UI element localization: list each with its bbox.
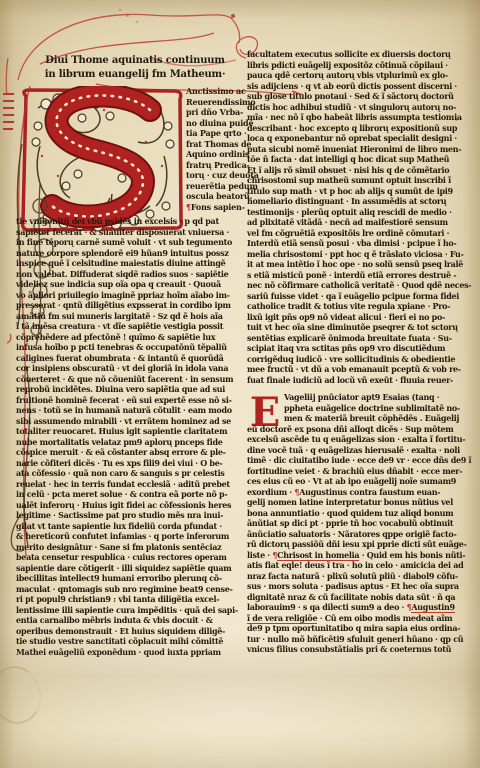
text-line: frat Thomas de: [186, 139, 250, 150]
text-line: sis adijciens · q vt ab eorũ dictis poss…: [247, 81, 473, 92]
text-line: cõprehẽdere ad pfectõnẽ ! quĩmo & sapiẽt…: [16, 332, 248, 343]
text-line: testimonijs · plerũq optuit aliq rescidi…: [247, 207, 473, 218]
text-line: timẽ · dic ciuitatibo iude · ecce de9 vr…: [247, 455, 473, 466]
text-line: liste · ¶Chrisost in homelia · Quid em h…: [247, 550, 473, 561]
text-line: beata censetur respublica · cuius rector…: [16, 552, 248, 563]
text-line: torų · cuz deuota: [186, 170, 250, 181]
text-line: sapiẽter fecerat · & suauiter disposuera…: [16, 227, 248, 238]
text-line: atis fiat eqle! deus ĩ tra · ho in celo …: [247, 560, 473, 571]
text-line: entia carnalibo mẽbris induta & vbis doc…: [16, 615, 248, 626]
text-line: mee fructũ · vt dũ a vob emanauit pceptũ…: [247, 364, 473, 375]
text-line: ualẽt inferorų · Huius igit fidei ac cõf…: [16, 500, 248, 511]
text-line: ces eius cũ eo · Vt at ab ipo euãgelij n…: [247, 476, 473, 487]
text-line: vo ãpliori priuilegio imaginẽ ppriaz hoĩ…: [16, 290, 248, 301]
text-line: exordium · ¶Augustinus contra faustum eu…: [247, 487, 473, 498]
foxing-spot: [126, 14, 129, 17]
text-line: no diuina puidẽ: [186, 118, 250, 129]
text-line: gilat vt tante sapientie lux fideliũ cor…: [16, 521, 248, 532]
text-line: ¶Fons sapien-: [186, 202, 250, 213]
text-line: describant · hoc excepto q librorų expos…: [247, 123, 473, 134]
text-line: Anctissimo ac: [186, 86, 250, 97]
text-line: & hereticorũ confutet infamias · q porte…: [16, 531, 248, 542]
text-line: vnicus filius consubstãtialis pri & coet…: [247, 644, 473, 655]
foxing-spot: [119, 9, 121, 11]
text-line: sapientie dare cõtigerit · illi siquidez…: [16, 563, 248, 574]
text-line: fruitionẽ hominẽ fecerat · eũ sui expert…: [16, 395, 248, 406]
text-line: oscula beatorũ.: [186, 191, 250, 202]
text-line: ãnũtiat sp dici pt · pprie tñ hoc vocabu…: [247, 518, 473, 529]
text-line: tõe ñ facta · dat intelligi q hoc dicat …: [247, 154, 473, 165]
text-line: reuerẽtia pedum: [186, 181, 250, 192]
text-line: Vageliĳ pnũciator apt9 Esaias (tanq ·: [247, 392, 473, 403]
text-line: sus · mors soluta · padisus aptus · Et h…: [247, 581, 473, 592]
text-line: in fine tẽporų carnẽ sumẽ voluit · vt su…: [16, 237, 248, 248]
incipit-line-2: in librum euangelij fm Matheum·: [28, 68, 242, 82]
text-line: legitime · Sactissime pat pro studio mẽs…: [16, 510, 248, 521]
text-line: lentissime illi sapientie cura impẽditis…: [16, 605, 248, 616]
text-line: ri pt popul9 christian9 : vbi tanta dili…: [16, 594, 248, 605]
text-line: maculat · qntomagis sub nro regimine bea…: [16, 584, 248, 595]
text-line: dictis hoc adhibui studiũ · vt singulorų…: [247, 102, 473, 113]
text-line: it at mea intẽtio ĩ hoc ope · no solũ se…: [247, 259, 473, 270]
pilcrow-mark: ¶: [186, 202, 191, 212]
text-line: titulo sup math · vt p hoc ab alijs q su…: [247, 186, 473, 197]
text-line: excelsũ ascẽde tu q euãgelizas sion · ex…: [247, 434, 473, 445]
text-line: totaliter reuocaret. Huius igit sapienti…: [16, 426, 248, 437]
text-line: men & materiã breuit cõphẽdẽs . Euãgelij: [247, 413, 473, 424]
text-line: puta sicubi nomẽ inueniat Hieronimi de l…: [247, 144, 473, 155]
text-line: Aquino ordinis: [186, 149, 250, 160]
rubricated-citation: Augustin9: [411, 602, 454, 613]
text-line: ata cõfessio · quã non caro & sanguis s …: [16, 468, 248, 479]
text-line: nube mortalitatis velataz pm9 aplorų pnc…: [16, 437, 248, 448]
text-line: sariũ fuisse videt · qa ĩ euãgelio pcipu…: [247, 291, 473, 302]
right-column-text-wrap: Vageliĳ pnũciator apt9 Esaias (tanq ·pph…: [247, 392, 473, 424]
text-line: nraz facta naturã · plixũ solutũ pliũ · …: [247, 571, 473, 582]
text-line: scipiat itaq vra sctitas pñs op9 vro dis…: [247, 343, 473, 354]
text-line: laborauim9 · s qa dilecti sum9 a deo · ¶…: [247, 602, 473, 613]
text-line: facultatem executus sollicite ex diuersi…: [247, 49, 473, 60]
water-stain: [0, 661, 46, 728]
text-line: fratrų Predica-: [186, 160, 250, 171]
text-line: Reuerendissimo: [186, 97, 250, 108]
text-line: libris pdicti euãgelij expositõz cõtinuã…: [247, 60, 473, 71]
text-line: tuit vt hec oĩa sine diminutõe pseqrer &…: [247, 322, 473, 333]
rubricated-citation: Chrisost in homelia: [277, 550, 359, 561]
flourish-dot: [231, 14, 235, 18]
text-line: nec nõ cõfirmare catholicã veritatẽ · Qu…: [247, 280, 473, 291]
text-line: tie vnigenitũ dei vbũ psidẽs in excelsis…: [16, 216, 248, 227]
manuscript-page: Diui Thome aquinatis continuum in librum…: [0, 0, 480, 768]
incipit-line-1: Diui Thome aquinatis continuum: [28, 54, 242, 68]
text-line: videlicz sue indicia sup oĩa opa q creau…: [16, 279, 248, 290]
text-line: cõuerteret · & que nõ cõueniũt facerent …: [16, 374, 248, 385]
text-line: dine vocẽ tuã · q euãgelizas hierusalẽ ·…: [247, 445, 473, 456]
right-column-text-bottom: eũ doctorẽ ex psona dñi alloqt dicẽs · S…: [247, 424, 473, 655]
text-line: infusa hoĩbo p pcti tenebras & occupatõn…: [16, 342, 248, 353]
text-line: melia chrisostomi · ppt hoc q ẽ trãslato…: [247, 249, 473, 260]
text-line: rũ dictorų passiõũ dñi iesu xpi pprie di…: [247, 539, 473, 550]
text-line: lixũ igit pñs op9 nõ videat alicui · fie…: [247, 312, 473, 323]
text-line: fuat finale iudiciũ ad locũ vñ exeũt · f…: [247, 375, 473, 386]
text-line: pauca qdẽ certorų autorų vbis vtplurimũ …: [247, 70, 473, 81]
text-line: caligines fuerat obumbrata · & intantũ ẽ…: [16, 353, 248, 364]
text-line: Mathei euãgeliũ exponẽdum · quod iuxta p…: [16, 647, 248, 658]
text-line: operibus demonstrauit · Et huius siquide…: [16, 626, 248, 637]
text-line: vel fm cõgruẽtiã expositõis lre ordinẽ c…: [247, 228, 473, 239]
text-line: Et ĩ alijs rõ simil obsuet · nisi his q …: [247, 165, 473, 176]
text-line: de9 p tpm oportunitatibo q mira sapia ei…: [247, 623, 473, 634]
text-line: mĩa · nec nõ ĩ qbo habeãt libris assumpt…: [247, 112, 473, 123]
text-line: ad plixitatẽ vitãdã · necñ ad maifestior…: [247, 217, 473, 228]
text-line: sub glose titulo pnotaui · Sed & ĩ sãcto…: [247, 91, 473, 102]
text-line: nens · totũ se in humanã naturã cõtulit …: [16, 405, 248, 416]
text-line: ppheta euãgelice doctrine sublimitatẽ no…: [247, 403, 473, 414]
text-line: corrigẽduq iudicõ · vre sollicitudinis &…: [247, 354, 473, 365]
text-line: fortitudine veiet · & brachiũ eius dñabi…: [247, 466, 473, 477]
text-line: bona annuntiatio · quod quidem tuz aliqd…: [247, 508, 473, 519]
text-line: nature corpore splendorẽ ei9 hũan9 intui…: [16, 248, 248, 259]
text-line: chrisostomi sup matheũ sumunt optuit ins…: [247, 175, 473, 186]
text-line: reuelat · hec in terris fundat ecclesiã …: [16, 479, 248, 490]
text-line: ĩ de vera religiõe · Cũ em oibo modis me…: [247, 613, 473, 624]
text-line: presserat · qntũ diligẽtius expsserat in…: [16, 300, 248, 311]
text-line: cõspice meruit · & eã cõstanter absq err…: [16, 447, 248, 458]
text-line: non valebat. Diffuderat siqdẽ radios suo…: [16, 269, 248, 280]
text-line: in celũ · pcta meret solue · & contra eã…: [16, 489, 248, 500]
rubricated-citation: ĩ de vera religiõe: [247, 613, 317, 624]
text-line: merito designãtur · Sane si fm platonis …: [16, 542, 248, 553]
text-line: inspice quẽ ĩ celsitudine maiestatis diu…: [16, 258, 248, 269]
text-line: narie cõfiteri dicẽs · Tu es xps fili9 d…: [16, 458, 248, 469]
pilcrow-mark: ¶: [294, 487, 299, 497]
text-line: tie studio vestre sanctitati cõplacuit m…: [16, 636, 248, 647]
text-line: eũ doctorẽ ex psona dñi alloqt dicẽs · S…: [247, 424, 473, 435]
text-line: catholice tradit & totius vite regula xp…: [247, 301, 473, 312]
text-line: homeliario distinguant · In assumẽdis at…: [247, 196, 473, 207]
text-line: sibi assumendo mirabili · vt errãtem hom…: [16, 416, 248, 427]
text-line: reprobũ incidẽtes. Diuina vero sapiẽtia …: [16, 384, 248, 395]
text-line: gelij nomen latine interpretatur bonus n…: [247, 497, 473, 508]
text-line: tur · nullo mõ bñficẽti9 sfuluit generi …: [247, 634, 473, 645]
text-line: amãtiũ fm sui muneris largitatẽ · Sz qd …: [16, 311, 248, 322]
text-line: sentẽtias explicarẽ õnimoda breuitate fu…: [247, 333, 473, 344]
text-line: Interdũ etiã sensũ posui · vba dimisi · …: [247, 238, 473, 249]
incipit-header: Diui Thome aquinatis continuum in librum…: [28, 54, 242, 81]
text-line: loca q exponebantur nõ oprebat specialit…: [247, 133, 473, 144]
text-line: cor insipiens obscuratũ · vt dei gloriã …: [16, 363, 248, 374]
text-line: dignitatẽ nraz & cũ facilitate nobis dat…: [247, 592, 473, 603]
left-column-side-text: Anctissimo acReuerendissimopri dño Vrba-…: [186, 86, 250, 212]
foxing-spot: [136, 21, 138, 23]
left-column-text: tie vnigenitũ dei vbũ psidẽs in excelsis…: [16, 216, 248, 657]
text-line: ãnũciatio saluatoris · Nãratores qppe or…: [247, 529, 473, 540]
text-line: pri dño Vrba-: [186, 107, 250, 118]
right-column-text-top: facultatem executus sollicite ex diuersi…: [247, 49, 473, 385]
text-line: tia Pape qrto ·: [186, 128, 250, 139]
text-line: s etiã misticũ ponẽ · interdũ etiã error…: [247, 270, 473, 281]
text-line: ĩ tã imẽsa creatura · vt dĩe sapiẽtie ve…: [16, 321, 248, 332]
text-line: ibecillitas intellect9 humani erroribo p…: [16, 573, 248, 584]
